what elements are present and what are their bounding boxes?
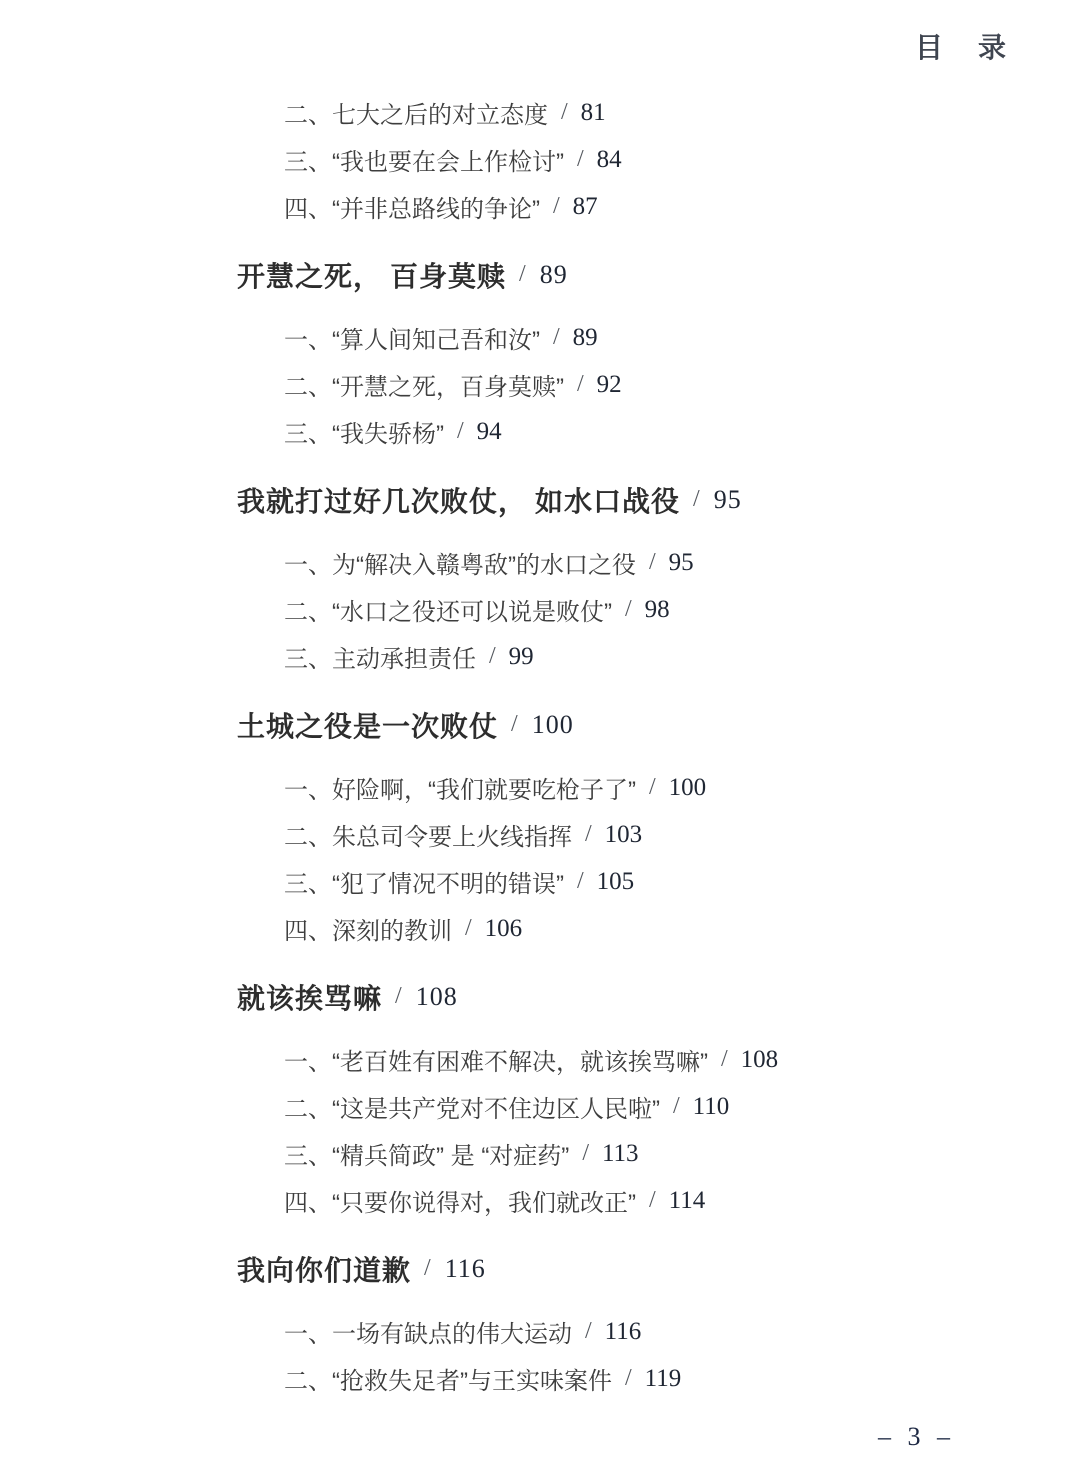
separator: / bbox=[721, 1046, 728, 1073]
toc-entry: 一、一场有缺点的伟大运动/116 bbox=[0, 1308, 1080, 1355]
separator: / bbox=[673, 1093, 680, 1120]
toc-entry: 三、主动承担责任/99 bbox=[0, 633, 1080, 680]
toc-entry: 三、“精兵简政” 是 “对症药”/113 bbox=[0, 1130, 1080, 1177]
entry-title: 二、“抢救失足者”与王实味案件 bbox=[284, 1361, 612, 1396]
entry-title: 一、一场有缺点的伟大运动 bbox=[284, 1314, 572, 1349]
separator: / bbox=[585, 1318, 592, 1345]
entry-page-number: 116 bbox=[605, 1318, 642, 1346]
section-page-number: 89 bbox=[540, 260, 568, 290]
section-heading: 就该挨骂嘛/108 bbox=[0, 973, 1080, 1020]
entry-title: 二、“开慧之死，百身莫赎” bbox=[284, 367, 564, 402]
separator: / bbox=[457, 418, 464, 445]
separator: / bbox=[582, 1140, 589, 1167]
entry-title: 三、“犯了情况不明的错误” bbox=[284, 864, 564, 899]
entry-page-number: 106 bbox=[485, 915, 523, 943]
separator: / bbox=[649, 774, 656, 801]
toc-entry: 一、“算人间知己吾和汝”/89 bbox=[0, 314, 1080, 361]
entry-page-number: 98 bbox=[645, 596, 670, 624]
entry-title: 四、“只要你说得对，我们就改正” bbox=[284, 1183, 636, 1218]
entry-page-number: 110 bbox=[693, 1093, 730, 1121]
page-number-footer: – 3 – bbox=[878, 1422, 950, 1452]
section-heading: 我向你们道歉/116 bbox=[0, 1245, 1080, 1292]
entry-page-number: 92 bbox=[597, 371, 622, 399]
toc-entry: 四、“并非总路线的争论”/87 bbox=[0, 183, 1080, 230]
toc-entry: 一、为“解决入赣粤敌”的水口之役/95 bbox=[0, 539, 1080, 586]
entry-title: 二、“水口之役还可以说是败仗” bbox=[284, 592, 612, 627]
toc-entry: 一、“老百姓有困难不解决，就该挨骂嘛”/108 bbox=[0, 1036, 1080, 1083]
section-title: 就该挨骂嘛 bbox=[237, 977, 382, 1017]
section-page-number: 116 bbox=[445, 1254, 486, 1284]
entry-page-number: 103 bbox=[605, 821, 643, 849]
entry-page-number: 87 bbox=[573, 193, 598, 221]
toc-entry: 一、好险啊，“我们就要吃枪子了”/100 bbox=[0, 764, 1080, 811]
entry-page-number: 105 bbox=[597, 868, 635, 896]
separator: / bbox=[577, 146, 584, 173]
entry-title: 三、主动承担责任 bbox=[284, 639, 476, 674]
entry-title: 一、“算人间知己吾和汝” bbox=[284, 320, 540, 355]
entry-title: 二、七大之后的对立态度 bbox=[284, 95, 548, 130]
toc-entry: 四、深刻的教训/106 bbox=[0, 905, 1080, 952]
separator: / bbox=[693, 486, 701, 513]
separator: / bbox=[625, 1365, 632, 1392]
section-page-number: 108 bbox=[416, 982, 458, 1012]
separator: / bbox=[577, 868, 584, 895]
separator: / bbox=[585, 821, 592, 848]
separator: / bbox=[465, 915, 472, 942]
entry-page-number: 84 bbox=[597, 146, 622, 174]
entry-title: 三、“我失骄杨” bbox=[284, 414, 444, 449]
separator: / bbox=[577, 371, 584, 398]
section-page-number: 95 bbox=[714, 485, 742, 515]
toc-entry: 二、七大之后的对立态度/81 bbox=[0, 89, 1080, 136]
section-heading: 土城之役是一次败仗/100 bbox=[0, 701, 1080, 748]
entry-page-number: 119 bbox=[645, 1365, 682, 1393]
entry-title: 一、为“解决入赣粤敌”的水口之役 bbox=[284, 545, 636, 580]
entry-title: 四、深刻的教训 bbox=[284, 911, 452, 946]
toc-entry: 二、“水口之役还可以说是败仗”/98 bbox=[0, 586, 1080, 633]
toc-entry: 二、“抢救失足者”与王实味案件/119 bbox=[0, 1355, 1080, 1402]
entry-page-number: 108 bbox=[741, 1046, 779, 1074]
entry-title: 四、“并非总路线的争论” bbox=[284, 189, 540, 224]
section-heading: 我就打过好几次败仗， 如水口战役/95 bbox=[0, 476, 1080, 523]
toc-entry: 二、朱总司令要上火线指挥/103 bbox=[0, 811, 1080, 858]
toc-header-title: 目 录 bbox=[915, 26, 1006, 66]
toc: 二、七大之后的对立态度/81三、“我也要在会上作检讨”/84四、“并非总路线的争… bbox=[0, 89, 1080, 1402]
separator: / bbox=[519, 261, 527, 288]
entry-page-number: 95 bbox=[669, 549, 694, 577]
entry-page-number: 89 bbox=[573, 324, 598, 352]
separator: / bbox=[649, 1187, 656, 1214]
separator: / bbox=[553, 324, 560, 351]
entry-title: 一、“老百姓有困难不解决，就该挨骂嘛” bbox=[284, 1042, 708, 1077]
toc-entry: 三、“我也要在会上作检讨”/84 bbox=[0, 136, 1080, 183]
separator: / bbox=[561, 99, 568, 126]
separator: / bbox=[489, 643, 496, 670]
entry-title: 一、好险啊，“我们就要吃枪子了” bbox=[284, 770, 636, 805]
toc-entry: 四、“只要你说得对，我们就改正”/114 bbox=[0, 1177, 1080, 1224]
section-title: 土城之役是一次败仗 bbox=[237, 705, 498, 745]
entry-page-number: 100 bbox=[669, 774, 707, 802]
entry-page-number: 99 bbox=[509, 643, 534, 671]
separator: / bbox=[395, 983, 403, 1010]
section-title: 我就打过好几次败仗， 如水口战役 bbox=[237, 480, 680, 520]
entry-page-number: 81 bbox=[581, 99, 606, 127]
toc-entry: 三、“我失骄杨”/94 bbox=[0, 408, 1080, 455]
entry-page-number: 114 bbox=[669, 1187, 706, 1215]
entry-title: 三、“我也要在会上作检讨” bbox=[284, 142, 564, 177]
separator: / bbox=[424, 1255, 432, 1282]
section-heading: 开慧之死， 百身莫赎/89 bbox=[0, 251, 1080, 298]
section-title: 开慧之死， 百身莫赎 bbox=[237, 255, 506, 295]
toc-entry: 三、“犯了情况不明的错误”/105 bbox=[0, 858, 1080, 905]
separator: / bbox=[625, 596, 632, 623]
toc-entry: 二、“开慧之死，百身莫赎”/92 bbox=[0, 361, 1080, 408]
separator: / bbox=[649, 549, 656, 576]
entry-page-number: 94 bbox=[477, 418, 502, 446]
entry-page-number: 113 bbox=[602, 1140, 639, 1168]
section-title: 我向你们道歉 bbox=[237, 1249, 411, 1289]
entry-title: 三、“精兵简政” 是 “对症药” bbox=[284, 1136, 569, 1171]
entry-title: 二、“这是共产党对不住边区人民啦” bbox=[284, 1089, 660, 1124]
separator: / bbox=[553, 193, 560, 220]
entry-title: 二、朱总司令要上火线指挥 bbox=[284, 817, 572, 852]
section-page-number: 100 bbox=[532, 710, 574, 740]
separator: / bbox=[511, 711, 519, 738]
toc-entry: 二、“这是共产党对不住边区人民啦”/110 bbox=[0, 1083, 1080, 1130]
